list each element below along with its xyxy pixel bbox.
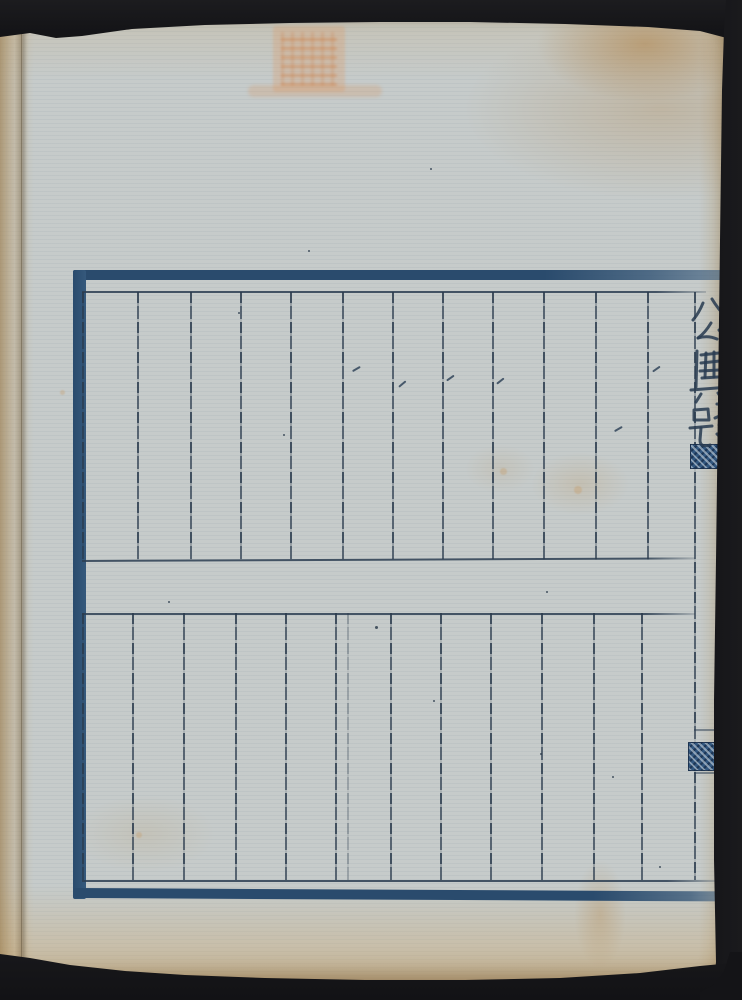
column-rule-line <box>442 292 444 560</box>
column-rule-line <box>593 613 595 880</box>
ink-speck <box>430 168 432 170</box>
page <box>0 14 729 980</box>
ink-speck <box>238 312 240 314</box>
column-rule-line <box>290 292 292 560</box>
column-rule-line <box>137 292 139 560</box>
book-photo: 公與號 <box>0 0 742 1000</box>
frame-inner-line-bottom <box>82 880 718 882</box>
column-rule-line <box>492 292 494 560</box>
column-rule-line <box>342 292 344 560</box>
ink-speck <box>659 866 661 868</box>
column-rule-line <box>641 613 643 880</box>
ink-speck <box>308 250 310 252</box>
column-rule-line <box>647 292 649 560</box>
column-rule-line <box>390 613 392 880</box>
page-fold <box>15 14 29 980</box>
paper-stain-spot <box>500 468 507 475</box>
column-rule-line <box>347 613 349 880</box>
ink-speck <box>168 601 170 603</box>
separator-band-bottom-line <box>82 613 695 615</box>
ink-speck <box>433 700 435 702</box>
column-rule-line <box>541 613 543 880</box>
column-rule-line <box>235 613 237 880</box>
ink-speck <box>612 776 614 778</box>
frame-border-left <box>73 270 86 899</box>
page-fold-crease <box>21 30 22 975</box>
column-rule-line <box>82 292 84 560</box>
paper-stain-spot <box>60 390 65 395</box>
column-rule-line <box>543 292 545 560</box>
column-rule-line <box>490 613 492 880</box>
column-rule-line <box>440 613 442 880</box>
ink-speck <box>375 626 378 629</box>
ink-speck <box>283 434 285 436</box>
seal-smudge <box>248 85 382 97</box>
column-rule-line <box>335 613 337 880</box>
paper-stain-spot <box>574 486 582 494</box>
column-rule-line <box>190 292 192 560</box>
column-rule-line <box>285 613 287 880</box>
frame-inner-line-top <box>82 291 706 293</box>
column-rule-line <box>595 292 597 560</box>
paper-stain-spot <box>136 832 142 838</box>
column-rule-line <box>82 613 84 880</box>
column-rule-line <box>183 613 185 880</box>
ink-speck <box>540 753 542 755</box>
frame-border-top <box>73 270 728 280</box>
ink-speck <box>546 591 548 593</box>
column-rule-line <box>240 292 242 560</box>
seal-stamp <box>273 26 345 92</box>
column-rule-line <box>132 613 134 880</box>
column-rule-line <box>392 292 394 560</box>
